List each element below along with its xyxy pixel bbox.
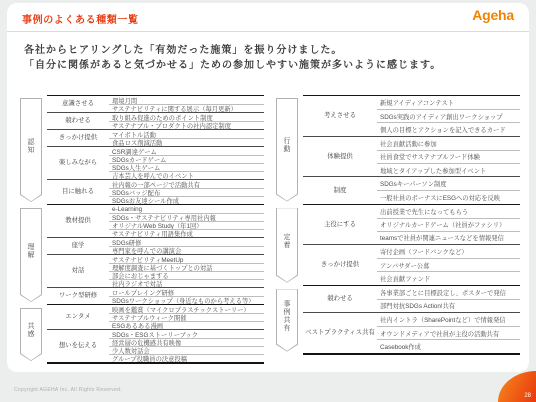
table-row: 対話サステナビリティMeetUp理解度調査に基づくトップとの対話部会におじゃます… bbox=[47, 254, 264, 287]
stage-column: 理解 bbox=[20, 205, 42, 305]
stage-chevron: 定着 bbox=[276, 208, 298, 283]
row-label: 楽しみながら bbox=[47, 147, 109, 179]
item-text: 社会貢献活動に参加 bbox=[377, 137, 520, 150]
stage-chevron: 理解 bbox=[20, 208, 42, 302]
page-number: 28 bbox=[524, 393, 531, 399]
item-text: サステナブルウィーク開催 bbox=[109, 313, 264, 321]
items-cell: 出前授業で先生になってもらうオリジナルカードゲーム（社員がファシリ）teamsで… bbox=[377, 205, 520, 245]
corner-decoration: 28 bbox=[498, 371, 536, 402]
items-cell: マイボトル活動食品ロス削減活動 bbox=[109, 130, 264, 146]
ageha-logo: Ageha bbox=[472, 7, 514, 23]
table-row: 教材提供e-LearningSDGs・サステナビリティ専用社内報オリジナルWeb… bbox=[47, 205, 264, 237]
item-text: アンバサダー公募 bbox=[377, 258, 520, 271]
items-cell: CSR調達ゲームSDGsカードゲームSDGs人生ゲーム吉本芸人を呼んでのイベント bbox=[109, 147, 264, 179]
row-group: 教材提供e-LearningSDGs・サステナビリティ専用社内報オリジナルWeb… bbox=[47, 205, 264, 305]
item-text: 吉本芸人を呼んでのイベント bbox=[109, 171, 264, 179]
row-label: 目に触れる bbox=[47, 180, 109, 204]
stage-group: 行動考えさせる新規アイディアコンテストSDGs実践のアイディア創出ワークショップ… bbox=[276, 95, 520, 205]
stage-chevron: 行動 bbox=[276, 98, 298, 202]
table-row: 目に触れる社内報の一部ページで活動共有SDGsバッジ配布SDGsお友達シール作成 bbox=[47, 179, 264, 204]
item-text: 専門家を呼んでの講演会 bbox=[109, 246, 264, 254]
stage-label: 事例共有 bbox=[276, 289, 298, 345]
row-label: 主役にする bbox=[303, 205, 377, 245]
item-text: SDGsカードゲーム bbox=[109, 155, 264, 163]
page-title: 事例のよくある種類一覧 bbox=[22, 11, 139, 26]
items-cell: 社内報の一部ページで活動共有SDGsバッジ配布SDGsお友達シール作成 bbox=[109, 180, 264, 204]
item-text: SDGs・ESGストーリーブック bbox=[109, 330, 264, 338]
items-cell: SDGsキーパーソン制度一般社員のボーナスにESGへの対応を反映 bbox=[377, 177, 520, 203]
items-cell: ロールプレイング研修SDGsワークショップ（身近なものから考える等） bbox=[109, 288, 264, 304]
intro-text: 各社からヒアリングした「有効だった施策」を振り分けました。 「自分に関係があると… bbox=[24, 43, 441, 73]
stage-column: 行動 bbox=[276, 95, 298, 205]
stage-column: 事例共有 bbox=[276, 286, 298, 355]
row-label: 意識させる bbox=[47, 96, 109, 112]
stage-group: 事例共有競わせる各事業部ごとに目標設定し、ポスターで発信部門対抗SDGs Act… bbox=[276, 286, 520, 355]
items-cell: 映画を鑑賞（マイクロプラスチックストーリー）サステナブルウィーク開催ESGあるあ… bbox=[109, 305, 264, 329]
row-label: 想いを伝える bbox=[47, 330, 109, 362]
item-text: 社内報の一部ページで活動共有 bbox=[109, 180, 264, 188]
intro-line-2: 「自分に関係があると気づかせる」ための参加しやすい施策が多いように感じます。 bbox=[24, 58, 441, 73]
items-cell: e-LearningSDGs・サステナビリティ専用社内報オリジナルWeb Stu… bbox=[109, 205, 264, 237]
stage-label: 理解 bbox=[20, 208, 42, 295]
items-cell: 寄付企画（フードバンクなど）アンバサダー公募社会貢献ファンド bbox=[377, 245, 520, 285]
stage-label: 認知 bbox=[20, 98, 42, 195]
stage-label: 定着 bbox=[276, 208, 298, 276]
row-group: 意識させる環境月間サステナビリティに関する展示（毎月更新）競わせる取り組み促進の… bbox=[47, 95, 264, 205]
tables-area: 認知意識させる環境月間サステナビリティに関する展示（毎月更新）競わせる取り組み促… bbox=[20, 95, 520, 364]
item-text: サステナビリティ用語集作成 bbox=[109, 229, 264, 237]
item-text: 個人の目標とアクションを記入できるカード bbox=[377, 122, 520, 135]
items-cell: 取り組み促進のためのポイント制度サステナブル・プロダクトの社内認定制度 bbox=[109, 113, 264, 129]
item-text: サステナビリティMeetUp bbox=[109, 255, 264, 263]
row-label: 競わせる bbox=[303, 286, 377, 312]
stage-column: 共感 bbox=[20, 305, 42, 364]
item-text: SDGsキーパーソン制度 bbox=[377, 177, 520, 190]
stage-chevron: 共感 bbox=[20, 308, 42, 361]
row-label: ワーク型研修 bbox=[47, 288, 109, 304]
table-row: 考えさせる新規アイディアコンテストSDGs実践のアイディア創出ワークショップ個人… bbox=[303, 96, 520, 136]
row-label: 対話 bbox=[47, 255, 109, 287]
items-cell: SDGs・ESGストーリーブック経営層の危機感共有映像少人数対話会グループ役職員… bbox=[109, 330, 264, 362]
item-text: 食品ロス削減活動 bbox=[109, 138, 264, 146]
row-label: きっかけ提供 bbox=[303, 245, 377, 285]
table-row: 想いを伝えるSDGs・ESGストーリーブック経営層の危機感共有映像少人数対話会グ… bbox=[47, 329, 264, 362]
row-label: きっかけ提供 bbox=[47, 130, 109, 146]
item-text: 出前授業で先生になってもらう bbox=[377, 205, 520, 218]
right-stage-table: 行動考えさせる新規アイディアコンテストSDGs実践のアイディア創出ワークショップ… bbox=[276, 95, 520, 364]
stage-group: 理解教材提供e-LearningSDGs・サステナビリティ専用社内報オリジナルW… bbox=[20, 205, 264, 305]
item-text: teamsで社員が関連ニュースなどを情報発信 bbox=[377, 231, 520, 244]
items-cell: 社内イントラ（SharePointなど）で情報発信オウンドメディアで社員が主役の… bbox=[377, 313, 520, 353]
item-text: オウンドメディアで社員が主役の活動共有 bbox=[377, 326, 520, 339]
item-text: オリジナルカードゲーム（社員がファシリ） bbox=[377, 218, 520, 231]
item-text: サステナブル・プロダクトの社内認定制度 bbox=[109, 121, 264, 129]
row-label: 座学 bbox=[47, 238, 109, 254]
content-card: 事例のよくある種類一覧 Ageha 各社からヒアリングした「有効だった施策」を振… bbox=[7, 3, 529, 372]
item-text: SDGs研修 bbox=[109, 238, 264, 246]
table-row: きっかけ提供マイボトル活動食品ロス削減活動 bbox=[47, 129, 264, 146]
row-label: 教材提供 bbox=[47, 205, 109, 237]
item-text: 理解度調査に基づくトップとの対話 bbox=[109, 263, 264, 271]
item-text: 寄付企画（フードバンクなど） bbox=[377, 245, 520, 258]
items-cell: 社会貢献活動に参加社員食堂でサステナブルフード体験地域とタイアップした参加型イベ… bbox=[377, 137, 520, 177]
item-text: ロールプレイング研修 bbox=[109, 288, 264, 296]
left-stage-table: 認知意識させる環境月間サステナビリティに関する展示（毎月更新）競わせる取り組み促… bbox=[20, 95, 264, 364]
item-text: 映画を鑑賞（マイクロプラスチックストーリー） bbox=[109, 305, 264, 313]
stage-group: 定着主役にする出前授業で先生になってもらうオリジナルカードゲーム（社員がファシリ… bbox=[276, 205, 520, 286]
table-row: 体験提供社会貢献活動に参加社員食堂でサステナブルフード体験地域とタイアップした参… bbox=[303, 136, 520, 177]
item-text: マイボトル活動 bbox=[109, 130, 264, 138]
item-text: 少人数対話会 bbox=[109, 346, 264, 354]
table-row: 意識させる環境月間サステナビリティに関する展示（毎月更新） bbox=[47, 96, 264, 112]
item-text: e-Learning bbox=[109, 205, 264, 213]
item-text: 部会におじゃまする bbox=[109, 271, 264, 279]
item-text: ESGあるある漫画 bbox=[109, 321, 264, 329]
item-text: グループ役職員の決意投稿 bbox=[109, 354, 264, 362]
table-row: エンタメ映画を鑑賞（マイクロプラスチックストーリー）サステナブルウィーク開催ES… bbox=[47, 305, 264, 329]
row-label: ベストプラクティス共有 bbox=[303, 313, 377, 353]
table-row: 楽しみながらCSR調達ゲームSDGsカードゲームSDGs人生ゲーム吉本芸人を呼ん… bbox=[47, 146, 264, 179]
stage-chevron: 事例共有 bbox=[276, 289, 298, 352]
table-row: ワーク型研修ロールプレイング研修SDGsワークショップ（身近なものから考える等） bbox=[47, 287, 264, 304]
table-row: 競わせる各事業部ごとに目標設定し、ポスターで発信部門対抗SDGs Action!… bbox=[303, 286, 520, 312]
item-text: SDGs実践のアイディア創出ワークショップ bbox=[377, 109, 520, 122]
item-text: Casebook作成 bbox=[377, 339, 520, 352]
item-text: オリジナルWeb Study（年1回） bbox=[109, 221, 264, 229]
row-label: 考えさせる bbox=[303, 96, 377, 136]
row-label: 競わせる bbox=[47, 113, 109, 129]
items-cell: SDGs研修専門家を呼んでの講演会 bbox=[109, 238, 264, 254]
item-text: CSR調達ゲーム bbox=[109, 147, 264, 155]
item-text: SDGs人生ゲーム bbox=[109, 163, 264, 171]
row-group: 主役にする出前授業で先生になってもらうオリジナルカードゲーム（社員がファシリ）t… bbox=[303, 205, 520, 286]
item-text: 地域とタイアップした参加型イベント bbox=[377, 163, 520, 176]
item-text: SDGsバッジ配布 bbox=[109, 188, 264, 196]
table-row: 主役にする出前授業で先生になってもらうオリジナルカードゲーム（社員がファシリ）t… bbox=[303, 205, 520, 245]
item-text: 環境月間 bbox=[109, 96, 264, 104]
table-row: 制度SDGsキーパーソン制度一般社員のボーナスにESGへの対応を反映 bbox=[303, 176, 520, 203]
item-text: 社会貢献ファンド bbox=[377, 271, 520, 284]
stage-column: 定着 bbox=[276, 205, 298, 286]
item-text: サステナビリティに関する展示（毎月更新） bbox=[109, 104, 264, 112]
table-row: ベストプラクティス共有社内イントラ（SharePointなど）で情報発信オウンド… bbox=[303, 312, 520, 353]
item-text: 一般社員のボーナスにESGへの対応を反映 bbox=[377, 190, 520, 203]
stage-label: 行動 bbox=[276, 98, 298, 195]
header-bar: 事例のよくある種類一覧 Ageha bbox=[7, 3, 529, 32]
row-label: 制度 bbox=[303, 177, 377, 203]
item-text: 各事業部ごとに目標設定し、ポスターで発信 bbox=[377, 286, 520, 299]
items-cell: サステナビリティMeetUp理解度調査に基づくトップとの対話部会におじゃまする社… bbox=[109, 255, 264, 287]
item-text: 社内イントラ（SharePointなど）で情報発信 bbox=[377, 313, 520, 326]
stage-chevron: 認知 bbox=[20, 98, 42, 202]
stage-group: 共感エンタメ映画を鑑賞（マイクロプラスチックストーリー）サステナブルウィーク開催… bbox=[20, 305, 264, 364]
item-text: SDGsワークショップ（身近なものから考える等） bbox=[109, 296, 264, 304]
item-text: 部門対抗SDGs Action!共有 bbox=[377, 299, 520, 312]
row-label: 体験提供 bbox=[303, 137, 377, 177]
row-group: エンタメ映画を鑑賞（マイクロプラスチックストーリー）サステナブルウィーク開催ES… bbox=[47, 305, 264, 364]
item-text: 経営層の危機感共有映像 bbox=[109, 338, 264, 346]
stage-column: 認知 bbox=[20, 95, 42, 205]
items-cell: 新規アイディアコンテストSDGs実践のアイディア創出ワークショップ個人の目標とア… bbox=[377, 96, 520, 136]
copyright-text: Copyright AGEHA Inc. All Rights Reserved… bbox=[14, 387, 122, 393]
items-cell: 環境月間サステナビリティに関する展示（毎月更新） bbox=[109, 96, 264, 112]
item-text: 新規アイディアコンテスト bbox=[377, 96, 520, 109]
row-group: 競わせる各事業部ごとに目標設定し、ポスターで発信部門対抗SDGs Action!… bbox=[303, 286, 520, 355]
item-text: 社内ラジオで対話 bbox=[109, 279, 264, 287]
item-text: SDGsお友達シール作成 bbox=[109, 196, 264, 204]
intro-line-1: 各社からヒアリングした「有効だった施策」を振り分けました。 bbox=[24, 43, 441, 58]
row-label: エンタメ bbox=[47, 305, 109, 329]
slide: 事例のよくある種類一覧 Ageha 各社からヒアリングした「有効だった施策」を振… bbox=[0, 0, 536, 402]
items-cell: 各事業部ごとに目標設定し、ポスターで発信部門対抗SDGs Action!共有 bbox=[377, 286, 520, 312]
table-row: きっかけ提供寄付企画（フードバンクなど）アンバサダー公募社会貢献ファンド bbox=[303, 244, 520, 285]
item-text: 社員食堂でサステナブルフード体験 bbox=[377, 150, 520, 163]
row-group: 考えさせる新規アイディアコンテストSDGs実践のアイディア創出ワークショップ個人… bbox=[303, 95, 520, 205]
item-text: 取り組み促進のためのポイント制度 bbox=[109, 113, 264, 121]
stage-group: 認知意識させる環境月間サステナビリティに関する展示（毎月更新）競わせる取り組み促… bbox=[20, 95, 264, 205]
item-text: SDGs・サステナビリティ専用社内報 bbox=[109, 213, 264, 221]
table-row: 座学SDGs研修専門家を呼んでの講演会 bbox=[47, 237, 264, 254]
table-row: 競わせる取り組み促進のためのポイント制度サステナブル・プロダクトの社内認定制度 bbox=[47, 112, 264, 129]
stage-label: 共感 bbox=[20, 308, 42, 354]
